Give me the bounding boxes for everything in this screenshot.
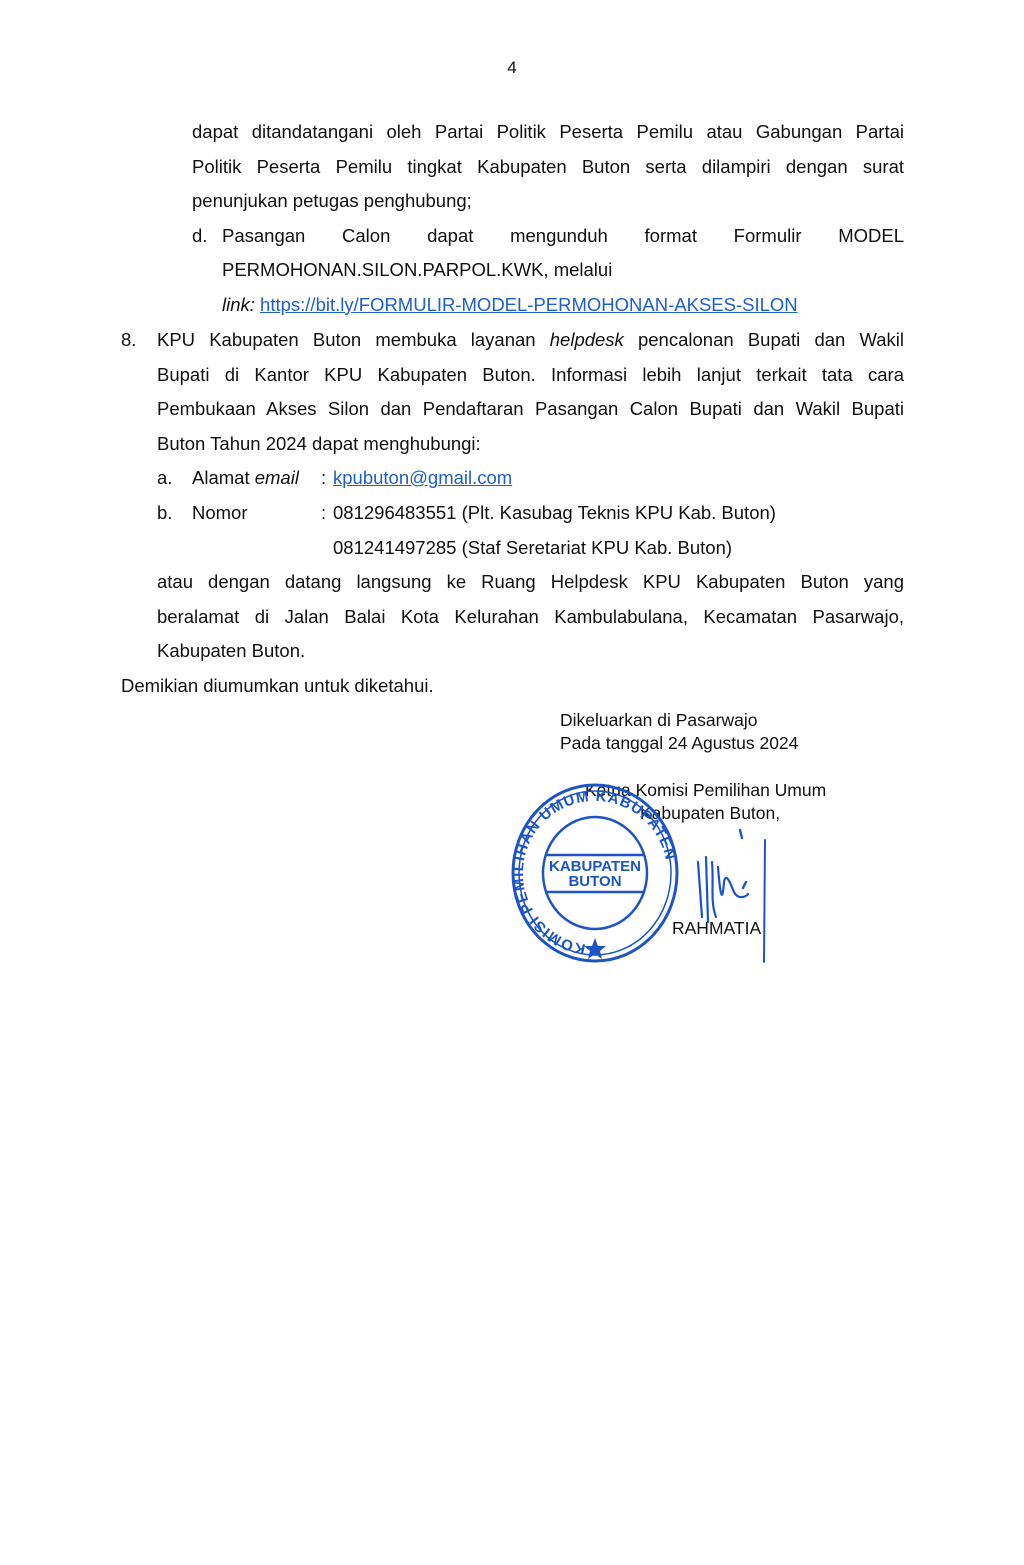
contact-a-label-pre: Alamat — [192, 467, 250, 488]
continuation-line-3: penunjukan petugas penghubung; — [192, 189, 472, 213]
page-number: 4 — [0, 58, 1024, 78]
contact-a-marker: a. — [157, 466, 172, 490]
contact-b-marker: b. — [157, 501, 172, 525]
visit-line-2: beralamat di Jalan Balai Kota Kelurahan … — [157, 605, 904, 629]
item-8-marker: 8. — [121, 328, 136, 352]
stamp-center-line-2: BUTON — [568, 873, 621, 890]
phone-number-2: 081241497285 (Staf Seretariat KPU Kab. B… — [333, 536, 732, 560]
item-8-line-2: Bupati di Kantor KPU Kabupaten Buton. In… — [157, 363, 904, 387]
issued-at: Dikeluarkan di Pasarwajo — [560, 709, 757, 731]
item-d-link-line: link: https://bit.ly/FORMULIR-MODEL-PERM… — [222, 293, 798, 317]
helpdesk-term: helpdesk — [550, 329, 624, 350]
item-8-line-3: Pembukaan Akses Silon dan Pendaftaran Pa… — [157, 397, 904, 421]
document-page: 4 dapat ditandatangani oleh Partai Polit… — [0, 0, 1024, 1565]
contact-a-label: Alamat email — [192, 466, 299, 490]
link-label: link: — [222, 294, 255, 315]
email-link[interactable]: kpubuton@gmail.com — [333, 466, 512, 490]
continuation-line-1: dapat ditandatangani oleh Partai Politik… — [192, 120, 904, 144]
item-8-line-1: KPU Kabupaten Buton membuka layanan help… — [157, 328, 904, 352]
issue-date: Pada tanggal 24 Agustus 2024 — [560, 732, 798, 754]
item-d-line-2: PERMOHONAN.SILON.PARPOL.KWK, melalui — [222, 258, 612, 282]
item-d-marker: d. — [192, 224, 207, 248]
formulir-link[interactable]: https://bit.ly/FORMULIR-MODEL-PERMOHONAN… — [260, 294, 798, 315]
item-8-line-1-pre: KPU Kabupaten Buton membuka layanan — [157, 329, 536, 350]
contact-b-separator: : — [321, 501, 326, 525]
item-8-line-4: Buton Tahun 2024 dapat menghubungi: — [157, 432, 481, 456]
official-stamp-icon: KABUPATEN BUTON KOMISI PEMILIHAN UMUM KA… — [510, 780, 680, 965]
handwritten-signature-icon — [690, 822, 780, 972]
contact-a-separator: : — [321, 466, 326, 490]
visit-line-3: Kabupaten Buton. — [157, 639, 305, 663]
contact-a-label-em: email — [255, 467, 299, 488]
phone-number-1: 081296483551 (Plt. Kasubag Teknis KPU Ka… — [333, 501, 776, 525]
continuation-line-2: Politik Peserta Pemilu tingkat Kabupaten… — [192, 155, 904, 179]
visit-line-1: atau dengan datang langsung ke Ruang Hel… — [157, 570, 904, 594]
item-d-line-1: Pasangan Calon dapat mengunduh format Fo… — [222, 224, 904, 248]
item-8-line-1-post: pencalonan Bupati dan Wakil — [638, 329, 904, 350]
closing-text: Demikian diumumkan untuk diketahui. — [121, 674, 434, 698]
contact-b-label: Nomor — [192, 501, 248, 525]
stamp-star-icon — [584, 938, 606, 959]
